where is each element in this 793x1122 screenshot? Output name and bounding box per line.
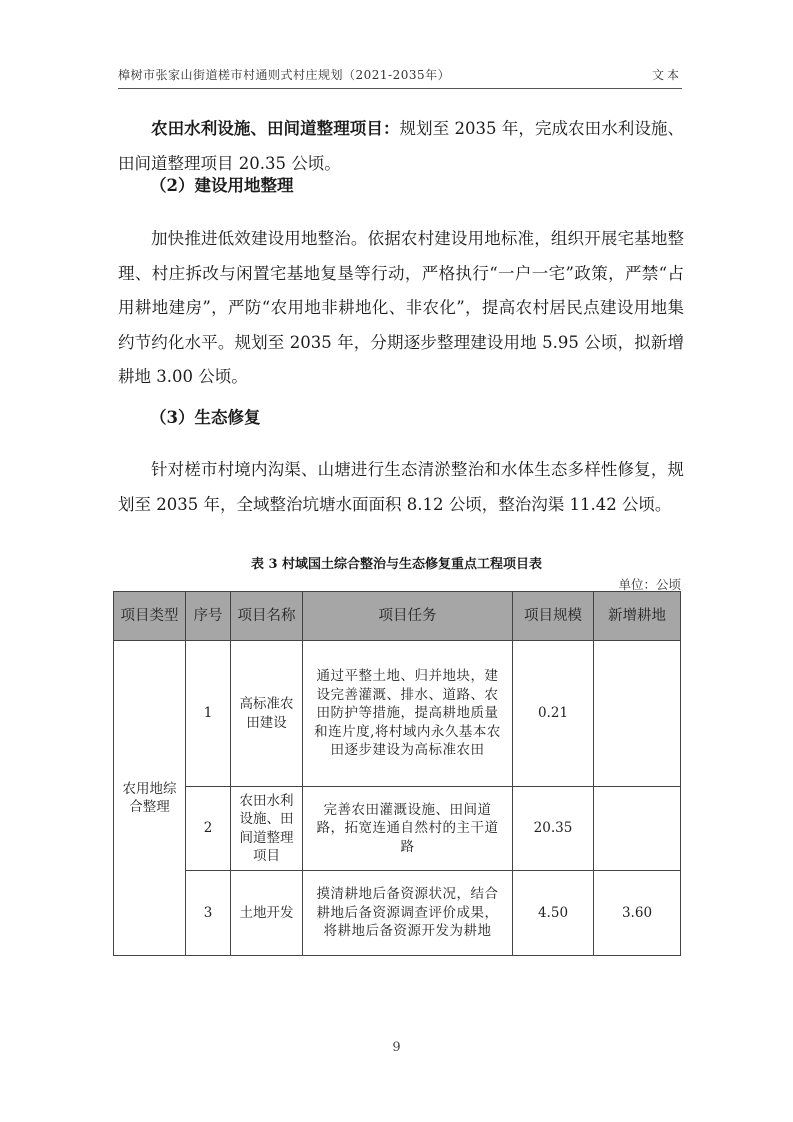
- paragraph-construction-land: 加快推进低效建设用地整治。依据农村建设用地标准，组织开展宅基地整理、村庄拆改与闲…: [118, 222, 684, 395]
- table-row: 农用地综合整理 1 高标准农田建设 通过平整土地、归并地块，建设完善灌溉、排水、…: [114, 641, 681, 787]
- table-row: 2 农田水利设施、田间道整理项目 完善农田灌溉设施、田间道路，拓宽连通自然村的主…: [114, 787, 681, 871]
- cell-task: 完善农田灌溉设施、田间道路，拓宽连通自然村的主干道路: [303, 787, 513, 871]
- cell-task: 通过平整土地、归并地块，建设完善灌溉、排水、道路、农田防护等措施，提高耕地质量和…: [303, 641, 513, 787]
- header-project-task: 项目任务: [303, 592, 513, 641]
- table-header-row: 项目类型 序号 项目名称 项目任务 项目规模 新增耕地: [114, 592, 681, 641]
- cell-category: 农用地综合整理: [114, 641, 186, 956]
- cell-scale: 4.50: [513, 871, 594, 956]
- cell-new-farmland: 3.60: [594, 871, 681, 956]
- header-project-type: 项目类型: [114, 592, 186, 641]
- cell-new-farmland: [594, 641, 681, 787]
- table-row: 3 土地开发 摸清耕地后备资源状况，结合耕地后备资源调查评价成果，将耕地后备资源…: [114, 871, 681, 956]
- section-heading-construction-land: （2）建设用地整理: [150, 172, 293, 196]
- paragraph-ecological-restoration: 针对槎市村境内沟渠、山塘进行生态清淤整治和水体生态多样性修复，规划至 2035 …: [118, 453, 684, 522]
- header-new-farmland: 新增耕地: [594, 592, 681, 641]
- document-type-tag: 文本: [652, 66, 682, 83]
- cell-name: 高标准农田建设: [231, 641, 303, 787]
- cell-scale: 0.21: [513, 641, 594, 787]
- cell-task: 摸清耕地后备资源状况，结合耕地后备资源调查评价成果，将耕地后备资源开发为耕地: [303, 871, 513, 956]
- header-serial-no: 序号: [186, 592, 231, 641]
- paragraph-irrigation: 农田水利设施、田间道整理项目：规划至 2035 年，完成农田水利设施、田间道整理…: [118, 112, 684, 181]
- header-project-scale: 项目规模: [513, 592, 594, 641]
- cell-no: 3: [186, 871, 231, 956]
- table-caption: 表 3 村域国土综合整治与生态修复重点工程项目表: [0, 553, 793, 572]
- cell-scale: 20.35: [513, 787, 594, 871]
- cell-no: 1: [186, 641, 231, 787]
- paragraph-lead: 农田水利设施、田间道整理项目：: [151, 119, 400, 138]
- section-heading-ecological-restoration: （3）生态修复: [150, 404, 260, 428]
- cell-no: 2: [186, 787, 231, 871]
- document-title: 樟树市张家山街道槎市村通则式村庄规划（2021-2035年）: [118, 66, 450, 83]
- header-project-name: 项目名称: [231, 592, 303, 641]
- page-number: 9: [0, 1040, 793, 1055]
- cell-new-farmland: [594, 787, 681, 871]
- cell-name: 农田水利设施、田间道整理项目: [231, 787, 303, 871]
- page-header: 樟树市张家山街道槎市村通则式村庄规划（2021-2035年） 文本: [118, 62, 682, 89]
- cell-name: 土地开发: [231, 871, 303, 956]
- project-table: 项目类型 序号 项目名称 项目任务 项目规模 新增耕地 农用地综合整理 1 高标…: [113, 591, 681, 956]
